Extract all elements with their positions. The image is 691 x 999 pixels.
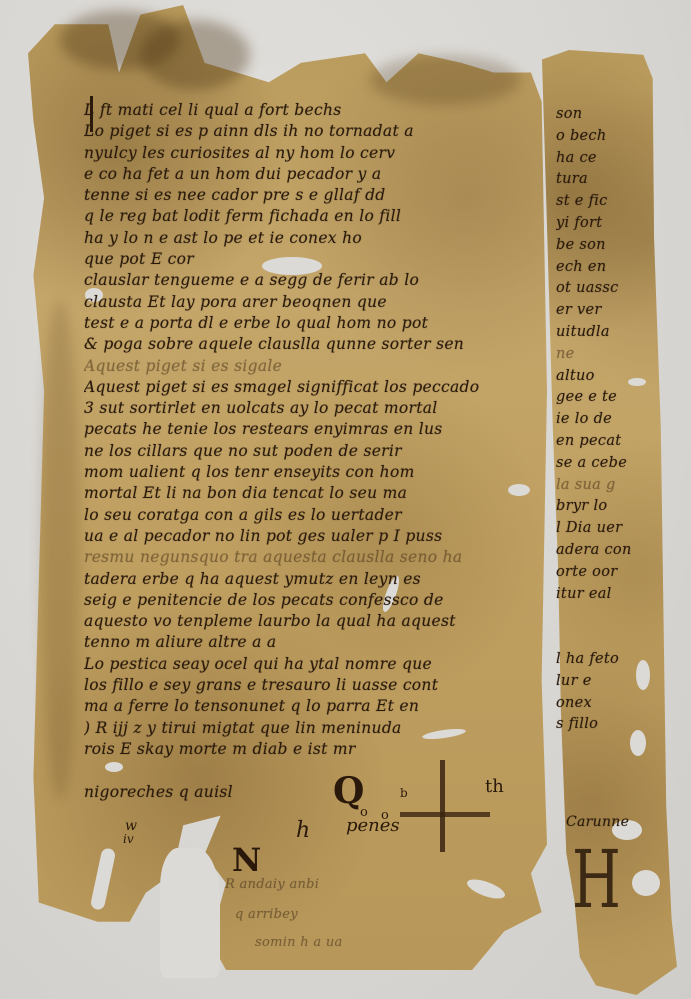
- text-line: ne los cillars que no sut poden de serir: [84, 441, 539, 462]
- strip-bottom-mark: Carunne: [566, 812, 629, 833]
- text-line: Aquest piget si es smagel signifficat lo…: [84, 377, 539, 398]
- margin-mark: iv: [123, 832, 134, 846]
- stain: [370, 55, 520, 105]
- text-line: [84, 760, 539, 781]
- strip-text-line: son: [556, 104, 666, 126]
- strip-text-line: o bech: [556, 126, 666, 148]
- text-line: 3 sut sortirlet en uolcats ay lo pecat m…: [84, 398, 539, 419]
- text-line: nyulcy les curiosites al ny hom lo cerv: [84, 143, 539, 164]
- text-line: Lo pestica seay ocel qui ha ytal nomre q…: [84, 654, 539, 675]
- strip-text-line: ot uassc: [556, 278, 666, 300]
- notary-name: penes: [346, 815, 400, 836]
- notary-initial-h: h: [296, 818, 310, 843]
- faded-text-line: somin h a ua: [255, 932, 343, 953]
- strip-text-line: adera con: [556, 540, 666, 562]
- strip-text-line: yi fort: [556, 213, 666, 235]
- strip-text-line: [556, 605, 666, 627]
- strip-text-line: lur e: [556, 671, 666, 693]
- text-line: tadera erbe q ha aquest ymutz en leyn es: [84, 569, 539, 590]
- strip-text-line: er ver: [556, 300, 666, 322]
- text-line: que pot E cor: [84, 249, 539, 270]
- text-line: ha y lo n e ast lo pe et ie conex ho: [84, 228, 539, 249]
- text-line: Lo piget si es p ainn dls ih no tornadat…: [84, 121, 539, 142]
- strip-text-line: orte oor: [556, 562, 666, 584]
- stain: [140, 20, 250, 90]
- strip-text-line: s fillo: [556, 714, 666, 736]
- strip-text-line: gee e te: [556, 387, 666, 409]
- strip-text-line: en pecat: [556, 431, 666, 453]
- strip-text-line: bryr lo: [556, 496, 666, 518]
- text-line: ma a ferre lo tensonunet q lo parra Et e…: [84, 696, 539, 717]
- strip-text-line: ech en: [556, 257, 666, 279]
- parchment-tear: [160, 848, 220, 978]
- faded-text-line: R andaiy anbi: [225, 874, 319, 895]
- strip-text-line: st e fic: [556, 191, 666, 213]
- strip-text-line: ie lo de: [556, 409, 666, 431]
- text-line: tenno m aliure altre a a: [84, 632, 539, 653]
- text-line: rois E skay morte m diab e ist mr: [84, 739, 539, 760]
- text-line: pecats he tenie los restears enyimras en…: [84, 419, 539, 440]
- strip-text-line: itur eal: [556, 584, 666, 606]
- strip-text-line: ne: [556, 344, 666, 366]
- text-line: ua e al pecador no lin pot ges ualer p I…: [84, 526, 539, 547]
- text-line: test e a porta dl e erbe lo qual hom no …: [84, 313, 539, 334]
- faded-text-line: q arribey: [235, 904, 298, 925]
- text-line-faint: Aquest piget si es sigale: [84, 356, 539, 377]
- strip-text-line: uitudla: [556, 322, 666, 344]
- notary-small-letter: b: [400, 786, 408, 800]
- text-line: mortal Et li na bon dia tencat lo seu ma: [84, 483, 539, 504]
- stain: [40, 300, 80, 800]
- strip-text-line: onex: [556, 693, 666, 715]
- notary-cross-horizontal: [400, 812, 490, 817]
- text-line: & poga sobre aquele clauslla qunne sorte…: [84, 334, 539, 355]
- strip-text-line: altuo: [556, 366, 666, 388]
- strip-text-line: [556, 627, 666, 649]
- text-line: lo seu coratga con a gils es lo uertader: [84, 505, 539, 526]
- strip-text-line: l ha feto: [556, 649, 666, 671]
- strip-text-line: be son: [556, 235, 666, 257]
- text-line: tenne si es nee cador pre s e gllaf dd: [84, 185, 539, 206]
- text-line: aquesto vo tenpleme laurbo la qual ha aq…: [84, 611, 539, 632]
- text-line: clauslar tengueme e a segg de ferir ab l…: [84, 270, 539, 291]
- text-line-faint: resmu negunsquo tra aquesta clauslla sen…: [84, 547, 539, 568]
- strip-big-letter: H: [572, 840, 621, 920]
- parchment-hole: [632, 870, 660, 896]
- text-line: los fillo e sey grans e tresauro li uass…: [84, 675, 539, 696]
- text-line: L ft mati cel li qual a fort bechs: [84, 100, 539, 121]
- strip-manuscript-text: son o bech ha ce tura st e fic yi fort b…: [556, 104, 666, 736]
- strip-text-line: la sua g: [556, 475, 666, 497]
- strip-text-line: tura: [556, 169, 666, 191]
- notary-superscript: th: [485, 776, 504, 797]
- text-line: q le reg bat lodit ferm fichada en lo fi…: [84, 206, 539, 227]
- text-line: e co ha fet a un hom dui pecador y a: [84, 164, 539, 185]
- notary-cross-vertical: [440, 760, 445, 852]
- text-line: mom ualient q los tenr enseyits con hom: [84, 462, 539, 483]
- text-line: ) R ijj z y tirui migtat que lin meninud…: [84, 718, 539, 739]
- text-line: clausta Et lay pora arer beoqnen que: [84, 292, 539, 313]
- main-manuscript-text: L ft mati cel li qual a fort bechs Lo pi…: [84, 100, 539, 803]
- text-line: seig e penitencie de los pecats confessc…: [84, 590, 539, 611]
- strip-text-line: ha ce: [556, 148, 666, 170]
- text-line: nigoreches q auisl: [84, 782, 539, 803]
- strip-text-line: se a cebe: [556, 453, 666, 475]
- strip-text-line: l Dia uer: [556, 518, 666, 540]
